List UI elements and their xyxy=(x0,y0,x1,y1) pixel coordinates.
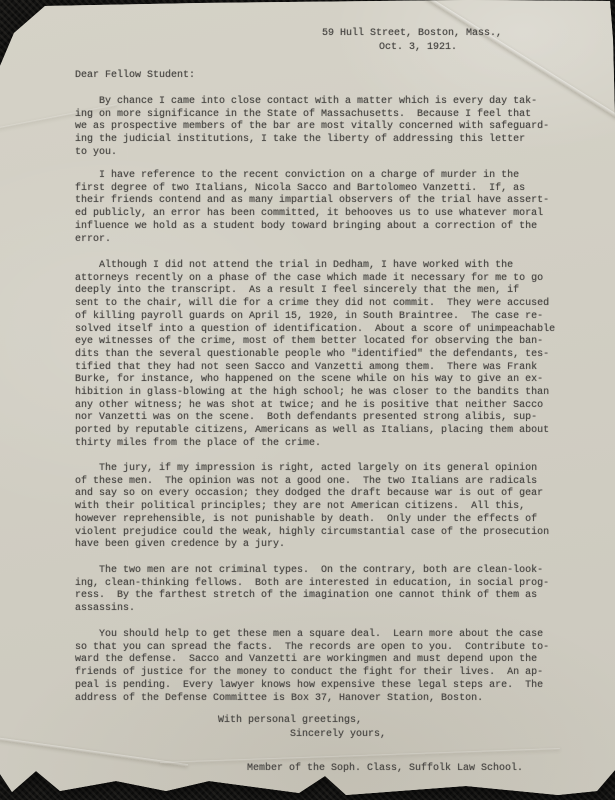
body-paragraph-2: I have reference to the recent convictio… xyxy=(75,170,549,246)
paper-crease-bottom xyxy=(160,748,560,764)
closing-line-1: With personal greetings, xyxy=(218,715,362,728)
letter-paper: 59 Hull Street, Boston, Mass., Oct. 3, 1… xyxy=(0,0,615,800)
body-paragraph-6: You should help to get these men a squar… xyxy=(75,629,549,705)
paper-crease-bottom-left xyxy=(0,737,188,767)
body-paragraph-3: Although I did not attend the trial in D… xyxy=(75,260,555,451)
photo-background: 59 Hull Street, Boston, Mass., Oct. 3, 1… xyxy=(0,0,615,800)
signature-line: Member of the Soph. Class, Suffolk Law S… xyxy=(247,763,523,776)
letter-paper-wrapper: 59 Hull Street, Boston, Mass., Oct. 3, 1… xyxy=(0,0,615,800)
body-paragraph-4: The jury, if my impression is right, act… xyxy=(75,463,549,552)
closing-line-2: Sincerely yours, xyxy=(290,729,386,742)
salutation: Dear Fellow Student: xyxy=(75,70,195,83)
body-paragraph-1: By chance I came into close contact with… xyxy=(75,96,549,160)
return-address: 59 Hull Street, Boston, Mass., xyxy=(322,28,502,41)
body-paragraph-5: The two men are not criminal types. On t… xyxy=(75,565,549,616)
letter-date: Oct. 3, 1921. xyxy=(379,42,457,55)
